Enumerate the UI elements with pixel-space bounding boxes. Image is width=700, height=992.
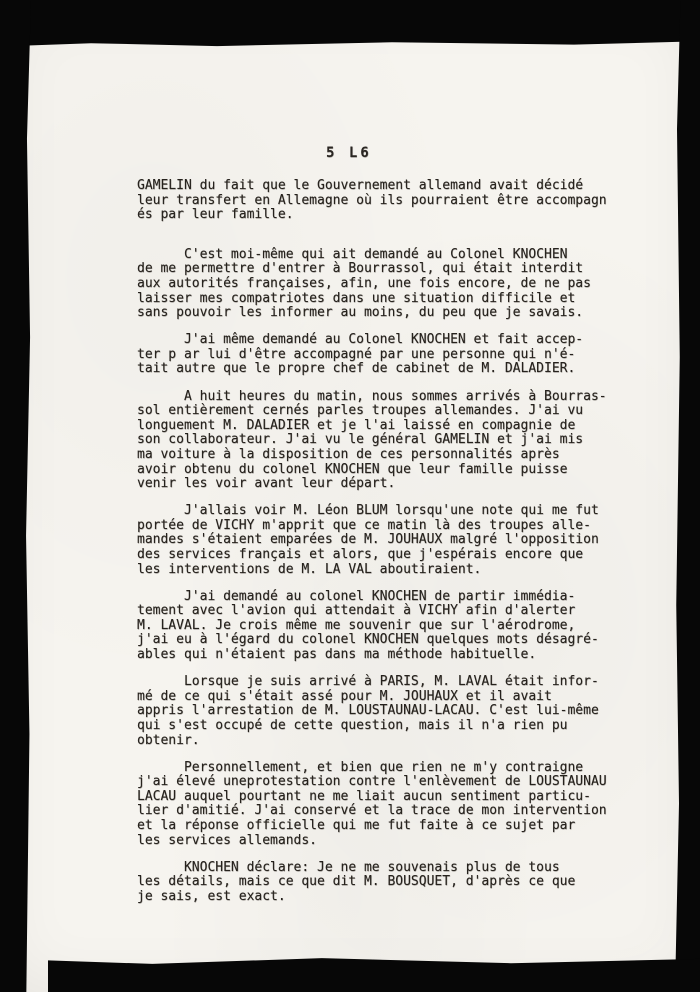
paragraph-knochen-declare: KNOCHEN déclare: Je ne me souvenais plus… xyxy=(137,861,637,905)
paragraph-gamelin-transfer: GAMELIN du fait que le Gouvernement alle… xyxy=(137,179,637,223)
paragraph-paris-laval: Lorsque je suis arrivé à PARIS, M. LAVAL… xyxy=(137,675,637,748)
paragraph-avion-vichy: J'ai demandé au colonel KNOCHEN de parti… xyxy=(137,590,637,663)
scan-border-bottom xyxy=(48,956,700,992)
paragraph-protestation: Personnellement, et bien que rien ne m'y… xyxy=(137,761,637,849)
page-number: 5 L6 xyxy=(326,145,372,161)
paragraph-huit-heures: A huit heures du matin, nous sommes arri… xyxy=(137,390,637,492)
paragraph-accompagne-daladier: J'ai même demandé au Colonel KNOCHEN et … xyxy=(137,333,637,377)
paragraph-bourrassol-request: C'est moi-même qui ait demandé au Colone… xyxy=(137,248,637,321)
scan-border-left xyxy=(0,0,31,992)
paragraph-blum-jouhaux: J'allais voir M. Léon BLUM lorsqu'une no… xyxy=(137,504,637,577)
scanned-document-page: 5 L6 GAMELIN du fait que le Gouvernement… xyxy=(0,0,700,992)
document-text: GAMELIN du fait que le Gouvernement alle… xyxy=(137,179,637,917)
scan-border-right xyxy=(675,0,700,992)
scan-border-top xyxy=(0,0,700,48)
